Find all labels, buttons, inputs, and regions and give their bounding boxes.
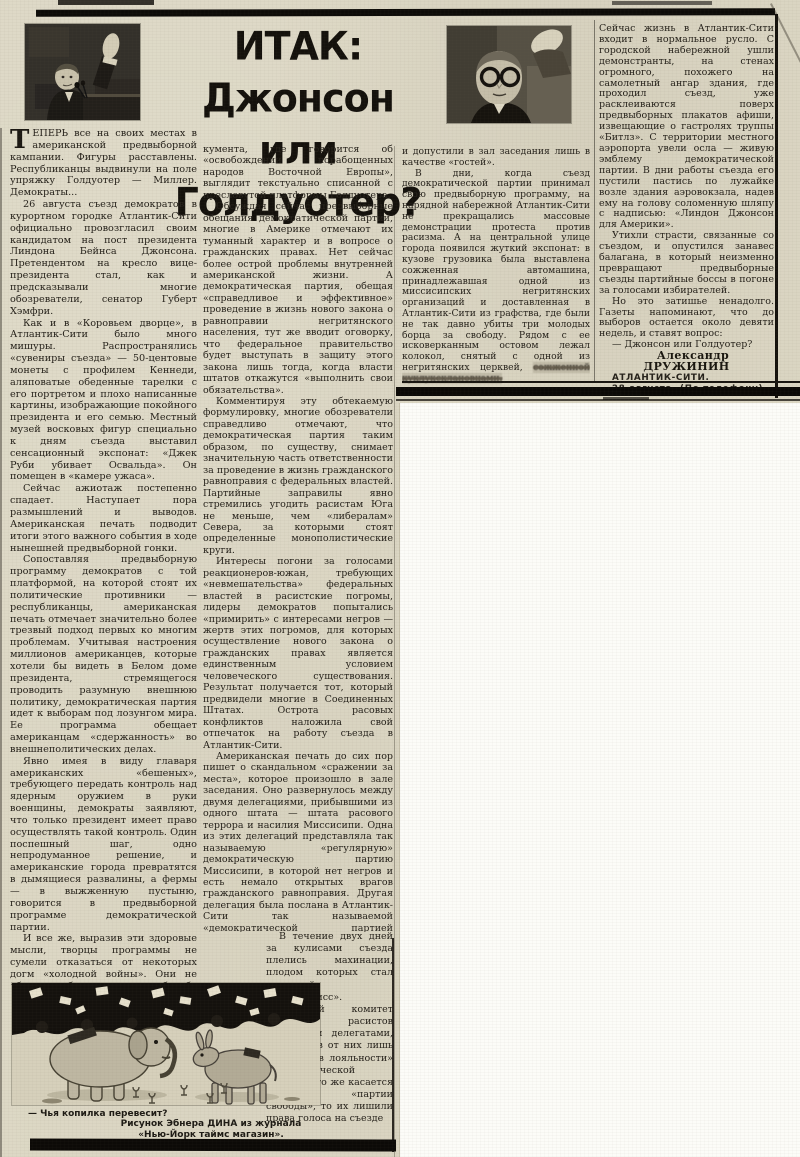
paragraph: Сейчас жизнь в Атлантик-Сити входит в но…: [599, 24, 774, 231]
blank-margin-panel: [399, 403, 800, 1157]
paragraph: И все же, выразив эти здоровые мысли, тв…: [10, 933, 197, 985]
speaker-waving-illustration: [25, 24, 140, 120]
paragraph: Обсуждая сейчас предвыборные обещания де…: [203, 201, 393, 396]
bottom-rule: [30, 1139, 396, 1152]
newspaper-page: ИТАК: Джонсон или Голдуотер?: [0, 0, 800, 1157]
column-2: кумента, где говорится об «освобождении …: [203, 144, 393, 932]
paragraph: ТЕПЕРЬ все на своих местах в американско…: [10, 128, 197, 199]
column-4: Сейчас жизнь в Атлантик-Сити входит в но…: [599, 24, 774, 400]
portrait-head: [476, 51, 522, 105]
floor-spot: [42, 1099, 62, 1104]
paragraph: В дни, когда съезд демократической парти…: [402, 169, 590, 385]
scan-edge-smudge-left: [58, 0, 154, 5]
end-rule-thin-bottom: [396, 399, 800, 401]
floor-spot: [284, 1097, 300, 1101]
paragraph: Но это затишье ненадолго. Газеты напомин…: [599, 297, 774, 341]
cartoon-illustration: [12, 983, 320, 1105]
caption-question: — Чья копилка перевесит?: [28, 1109, 394, 1119]
divider-col2-col3: [394, 146, 395, 1157]
paragraph: Сейчас ажиотаж постепенно спадает. Насту…: [10, 483, 197, 554]
caption-credit-line1: Рисунок Эбнера ДИНА из журнала: [28, 1119, 394, 1129]
divider-col3-col4: [594, 20, 595, 382]
paragraph: 26 августа съезд демократов в курортном …: [10, 199, 197, 317]
paragraph: Комментируя эту обтекаемую формулировку,…: [203, 396, 393, 556]
page-left-edge: [0, 128, 2, 1157]
johnson-speaker-photo: [25, 24, 140, 120]
headline-line-1: ИТАК: Джонсон: [202, 23, 394, 121]
paragraph: Сопоставляя предвыборную программу демок…: [10, 554, 197, 755]
paragraph: Интересы погони за голосами реакционеров…: [203, 556, 393, 751]
man-with-glasses-illustration: [447, 26, 571, 123]
paragraph: Явно имея в виду главаря американских «б…: [10, 756, 197, 934]
end-rule-thick: [396, 387, 800, 396]
cartoon-caption: — Чья копилка перевесит? Рисунок Эбнера …: [28, 1109, 394, 1140]
column-1: ТЕПЕРЬ все на своих местах в американско…: [10, 128, 197, 985]
top-rule: [36, 8, 775, 17]
goldwater-photo: [447, 26, 571, 123]
paragraph: Как и в «Коровьем дворце», в Атлантик-Си…: [10, 318, 197, 484]
paragraph: и допустили в зал заседания лишь в качес…: [402, 147, 590, 169]
paragraph: кумента, где говорится об «освобождении …: [203, 144, 393, 201]
byline-author: Александр ДРУЖИНИН: [599, 351, 774, 373]
right-column-rule: [775, 14, 778, 398]
scan-edge-smudge-right: [612, 1, 712, 5]
column-3: и допустили в зал заседания лишь в качес…: [402, 147, 590, 385]
end-rule-thin-top: [402, 381, 800, 383]
paragraph: Американская печать до сих пор пишет о с…: [203, 751, 393, 932]
paragraph: Утихли страсти, связанные со съездом, и …: [599, 231, 774, 296]
drop-cap: Т: [10, 128, 32, 151]
